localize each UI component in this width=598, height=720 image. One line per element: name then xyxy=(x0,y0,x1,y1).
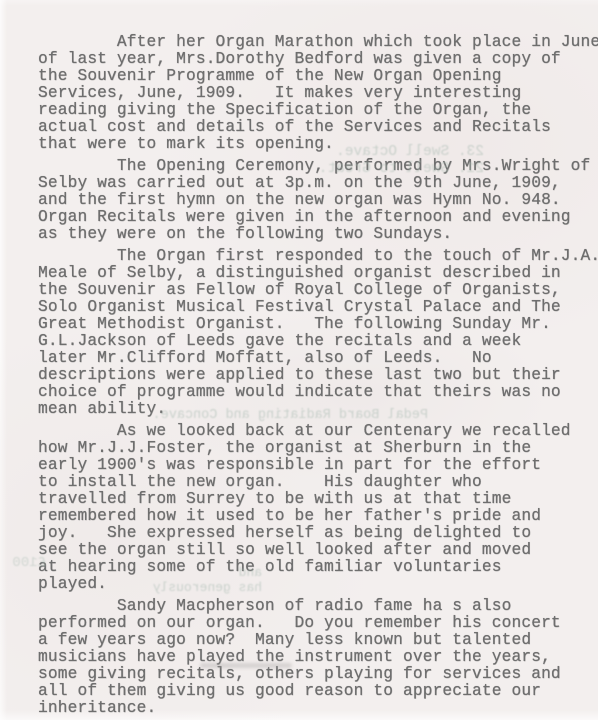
typewritten-text-block: After her Organ Marathon which took plac… xyxy=(38,34,588,720)
paragraph-centenary-foster: As we looked back at our Centenary we re… xyxy=(38,423,588,593)
paragraph-opening-ceremony: The Opening Ceremony, performed by Mrs.W… xyxy=(38,158,588,243)
bleedthrough-ghost-pedal-board: Pedal Board Radiating and Concave. xyxy=(148,408,428,423)
bleedthrough-ghost-cost: £100 xyxy=(0,555,46,571)
scan-smudge-artifact xyxy=(200,663,292,668)
paragraph-organ-marathon: After her Organ Marathon which took plac… xyxy=(38,34,588,153)
paragraph-first-organists: The Organ first responded to the touch o… xyxy=(38,248,588,418)
bleedthrough-ghost-generously: and has generously xyxy=(140,566,262,595)
bleedthrough-ghost-swell-stops: 23. Swell Octave. 21. Swell to Great. xyxy=(338,144,484,177)
paragraph-sandy-macpherson: Sandy Macpherson of radio fame ha s also… xyxy=(38,598,588,717)
scanned-document-page: After her Organ Marathon which took plac… xyxy=(0,0,598,720)
